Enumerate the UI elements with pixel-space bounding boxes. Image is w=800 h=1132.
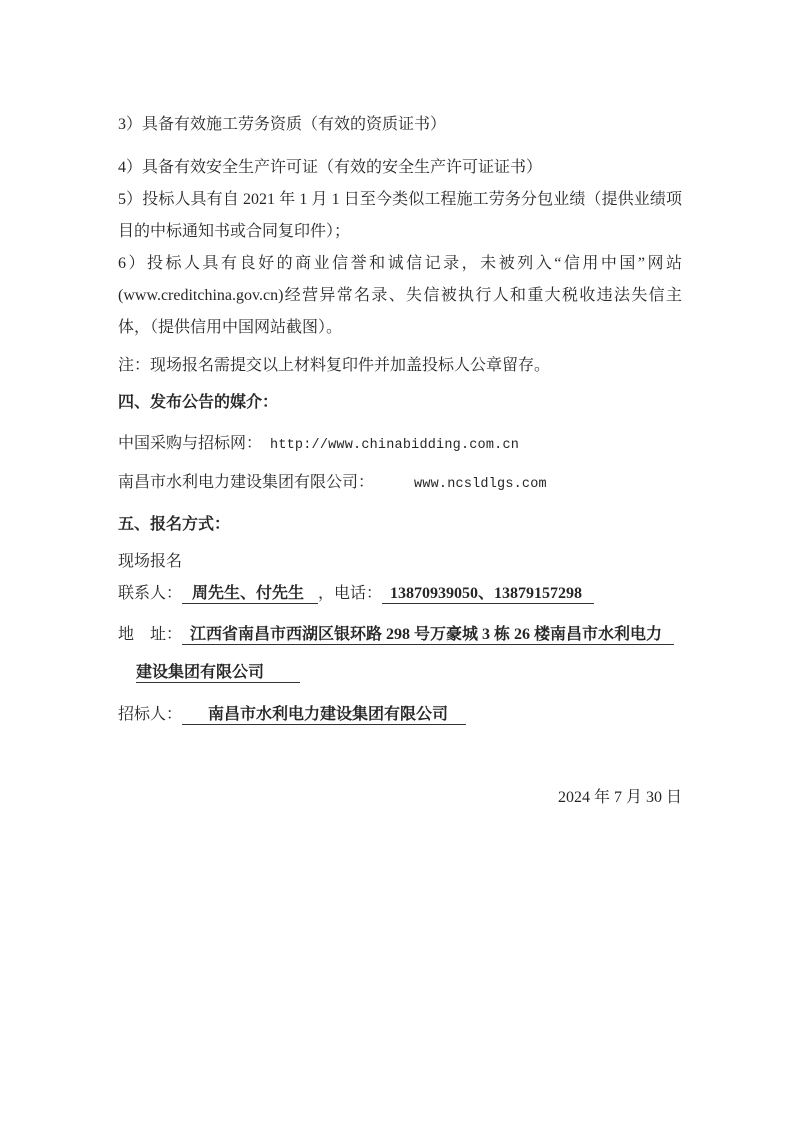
document-page: 3）具备有效施工劳务资质（有效的资质证书） 4）具备有效安全生产许可证（有效的安…	[0, 0, 800, 1132]
media-channel-url: www.ncsldlgs.com	[414, 477, 547, 492]
tenderer-label: 招标人：	[118, 706, 182, 723]
contact-line: 联系人：周先生、付先生，电话：13870939050、13879157298	[118, 578, 682, 610]
qualification-item-5: 5）投标人具有自 2021 年 1 月 1 日至今类似工程施工劳务分包业绩（提供…	[118, 184, 682, 248]
address-line-1: 地 址：江西省南昌市西湖区银环路 298 号万豪城 3 栋 26 楼南昌市水利电…	[118, 616, 682, 654]
qualification-item-4: 4）具备有效安全生产许可证（有效的安全生产许可证证书）	[118, 152, 682, 184]
media-channel-label: 南昌市水利电力建设集团有限公司：	[118, 474, 374, 491]
registration-method: 现场报名	[118, 546, 682, 578]
tenderer-value: 南昌市水利电力建设集团有限公司	[182, 706, 466, 725]
address-label: 地 址：	[118, 626, 182, 643]
media-channel-ncsldlgs: 南昌市水利电力建设集团有限公司：www.ncsldlgs.com	[118, 467, 682, 501]
media-channel-chinabidding: 中国采购与招标网：http://www.chinabidding.com.cn	[118, 428, 682, 462]
section-heading-registration: 五、报名方式：	[118, 509, 682, 541]
phone-numbers: 13870939050、13879157298	[382, 585, 594, 604]
tenderer-line: 招标人：南昌市水利电力建设集团有限公司	[118, 699, 682, 731]
contact-label: 联系人：	[118, 585, 182, 602]
document-date: 2024 年 7 月 30 日	[118, 782, 682, 814]
media-channel-url: http://www.chinabidding.com.cn	[270, 438, 519, 453]
document-content: 3）具备有效施工劳务资质（有效的资质证书） 4）具备有效安全生产许可证（有效的安…	[0, 0, 800, 814]
address-value-line2: 建设集团有限公司	[136, 664, 300, 683]
address-value-line1: 江西省南昌市西湖区银环路 298 号万豪城 3 栋 26 楼南昌市水利电力	[182, 626, 674, 645]
section-heading-media: 四、发布公告的媒介：	[118, 387, 682, 419]
phone-label: ，电话：	[318, 585, 382, 602]
contact-names: 周先生、付先生	[182, 585, 318, 604]
qualification-item-6: 6）投标人具有良好的商业信誉和诚信记录，未被列入“信用中国”网站(www.cre…	[118, 248, 682, 344]
address-line-2: 建设集团有限公司	[118, 654, 682, 692]
note-line: 注：现场报名需提交以上材料复印件并加盖投标人公章留存。	[118, 350, 682, 382]
qualification-item-3: 3）具备有效施工劳务资质（有效的资质证书）	[118, 109, 682, 141]
media-channel-label: 中国采购与招标网：	[118, 435, 262, 452]
